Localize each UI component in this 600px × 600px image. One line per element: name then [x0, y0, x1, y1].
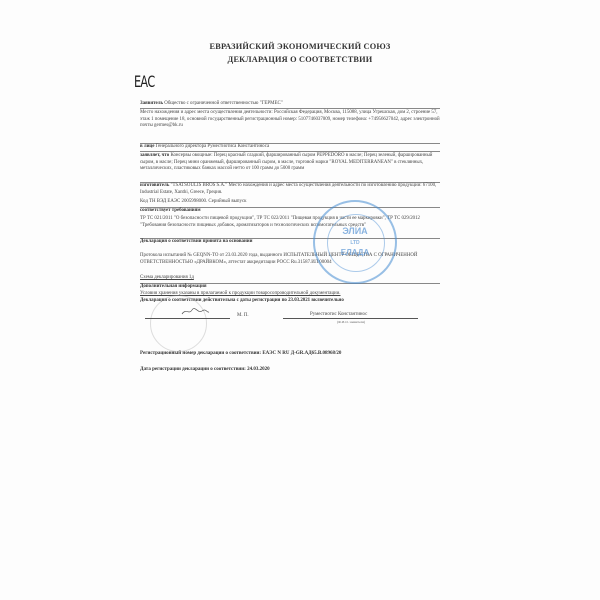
- applicant-row: Заявитель Общество с ограниченной ответс…: [140, 101, 440, 108]
- registration-number: ЕАЭС N RU Д-GR.АД65.В.08968/20: [262, 351, 341, 356]
- signature-line: [145, 318, 230, 319]
- signatory-caption: (Ф.И.О. заявителя): [337, 320, 365, 324]
- blue-stamp: ЭЛИА LTD ЕЛАДА: [313, 200, 397, 284]
- registration-date: 24.03.2020: [247, 367, 270, 372]
- applicant-address: Место нахождения и адрес места осуществл…: [140, 110, 440, 130]
- registration-number-row: Регистрационный номер декларации о соотв…: [140, 351, 341, 356]
- representative-label: в лице: [140, 144, 154, 149]
- stamp-text-bottom: ЕЛАДА: [315, 248, 395, 257]
- stamp-text-top: ЭЛИА: [315, 226, 395, 236]
- declares-row: заявляет, что Консервы овощные: Перец кр…: [140, 153, 440, 173]
- stamp-text-mid: LTD: [315, 240, 395, 246]
- manufacturer-value: "TSATSOULIS BROS S.A." Место нахождения …: [140, 183, 436, 195]
- signature-icon: [180, 306, 210, 316]
- requirements-value: ТР ТС 021/2011 "О безопасности пищевой п…: [140, 216, 440, 229]
- declares-value: Консервы овощные: Перец красный сладкий,…: [140, 153, 432, 171]
- additional-row: Дополнительная информация: [140, 284, 440, 291]
- signatory-name: Руместиотис Константинос: [310, 312, 367, 317]
- manufacturer-code: Код ТН ВЭД ЕАЭС 2005998000. Серийный вып…: [140, 199, 440, 206]
- registration-date-label: Дата регистрации декларации о соответств…: [140, 367, 246, 372]
- applicant-value: Общество с ограниченной ответственностью…: [164, 101, 282, 106]
- basis-label: Декларация о соответствии принята на осн…: [140, 239, 252, 244]
- basis-value: Протокола испытаний № GEQNN-TO от 23.03.…: [140, 253, 440, 266]
- requirements-label: соответствует требованиям: [140, 208, 201, 213]
- representative-row: в лице Генерального директора Руместиоти…: [140, 144, 440, 151]
- registration-number-label: Регистрационный номер декларации о соотв…: [140, 351, 261, 356]
- declaration-page: ЕВРАЗИЙСКИЙ ЭКОНОМИЧЕСКИЙ СОЮЗ ДЕКЛАРАЦИ…: [0, 0, 600, 600]
- manufacturer-label: изготовитель: [140, 183, 169, 188]
- declares-label: заявляет, что: [140, 153, 169, 158]
- divider: [140, 151, 440, 152]
- requirements-row: соответствует требованиям: [140, 208, 440, 215]
- mp-label: М. П.: [237, 313, 249, 318]
- representative-value: Генерального директора Руместиотиса Конс…: [156, 144, 270, 149]
- union-title: ЕВРАЗИЙСКИЙ ЭКОНОМИЧЕСКИЙ СОЮЗ: [0, 42, 600, 51]
- manufacturer-row: изготовитель "TSATSOULIS BROS S.A." Мест…: [140, 183, 440, 196]
- document-title: ДЕКЛАРАЦИЯ О СООТВЕТСТВИИ: [0, 55, 600, 64]
- registration-date-row: Дата регистрации декларации о соответств…: [140, 367, 270, 372]
- divider: [140, 108, 440, 109]
- applicant-label: Заявитель: [140, 101, 163, 106]
- eac-logo: ЕАС: [134, 72, 154, 91]
- name-line: [283, 318, 418, 319]
- scheme-text: Схема декларирования 1д: [140, 275, 440, 282]
- additional-label: Дополнительная информация: [140, 284, 207, 289]
- company-seal: [150, 295, 207, 352]
